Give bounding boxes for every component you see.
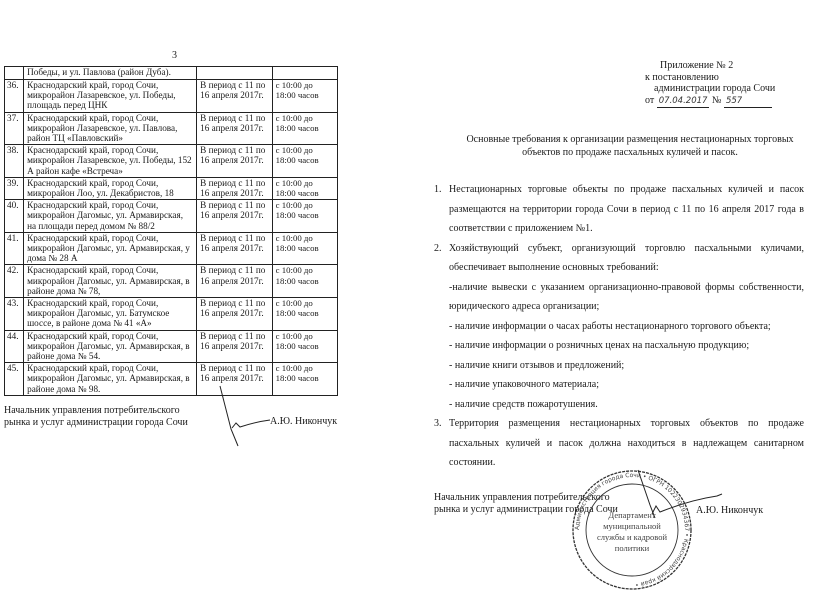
official-stamp-icon: Администрация города Сочи • ОГРН 1022302…: [573, 471, 691, 589]
stamp-inner-line3: службы и кадровой: [597, 532, 668, 542]
stamp-inner-line1: Департамент: [608, 510, 655, 520]
stamp-inner-line2: муниципальной: [603, 521, 661, 531]
signature-and-stamp-overlay: Администрация города Сочи • ОГРН 1022302…: [0, 0, 836, 616]
stamp-inner-line4: политики: [615, 543, 650, 553]
signature-left-icon: [220, 386, 270, 446]
